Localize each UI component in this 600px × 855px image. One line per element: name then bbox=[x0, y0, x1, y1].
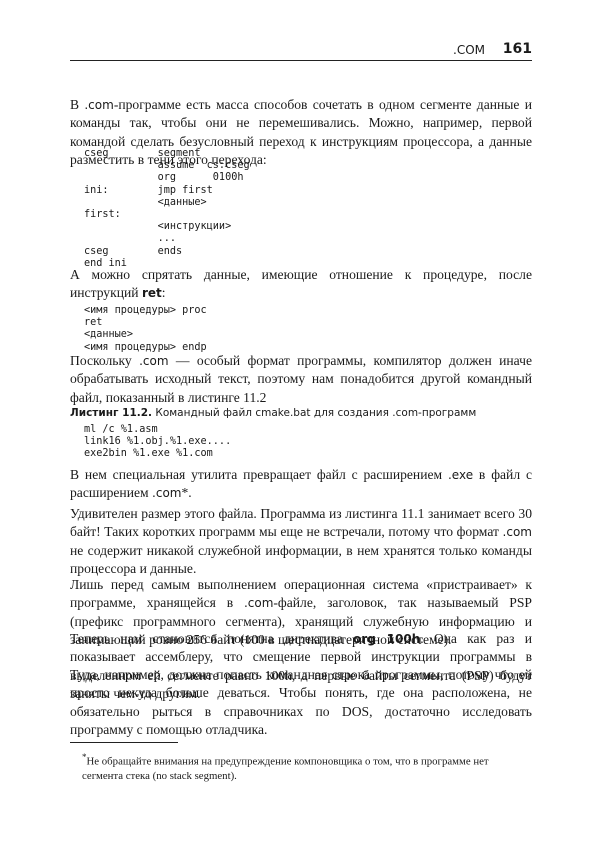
footnote-divider bbox=[70, 742, 178, 743]
inline-code: org 100h bbox=[353, 632, 420, 646]
listing-label: Листинг 11.2. bbox=[70, 407, 152, 419]
paragraph-com-format: Поскольку .com — особый формат программы… bbox=[70, 352, 532, 407]
inline-code: .com bbox=[152, 486, 181, 500]
page-number: 161 bbox=[503, 41, 532, 57]
code-listing-11-2: ml /c %1.asm link16 %1.obj.%1.exe.... ex… bbox=[84, 424, 231, 461]
listing-caption: Листинг 11.2. Командный файл cmake.bat д… bbox=[70, 407, 476, 419]
running-header: .COM 161 bbox=[70, 38, 532, 61]
code-proc-example: <имя процедуры> proc ret <данные> <имя п… bbox=[84, 305, 207, 354]
inline-code: .exe bbox=[448, 468, 473, 482]
inline-code: .com bbox=[84, 98, 113, 112]
section-title: .COM bbox=[453, 43, 485, 57]
inline-code: ret bbox=[142, 286, 162, 300]
code-segment-example: cseg segment assume cs:cseg org 0100h in… bbox=[84, 148, 250, 270]
footnote: *Не обращайте внимания на предупреждение… bbox=[82, 750, 532, 783]
paragraph-ret: А можно спрятать данные, имеющие отношен… bbox=[70, 266, 532, 303]
paragraph-command-line: Туда, например, должна попасть командная… bbox=[70, 666, 532, 740]
inline-code: .com bbox=[503, 525, 532, 539]
inline-code: .com bbox=[244, 596, 273, 610]
paragraph-exe2bin: В нем специальная утилита превращает фай… bbox=[70, 466, 532, 503]
paragraph-file-size: Удивителен размер этого файла. Программа… bbox=[70, 505, 532, 579]
inline-code: .com bbox=[139, 354, 168, 368]
